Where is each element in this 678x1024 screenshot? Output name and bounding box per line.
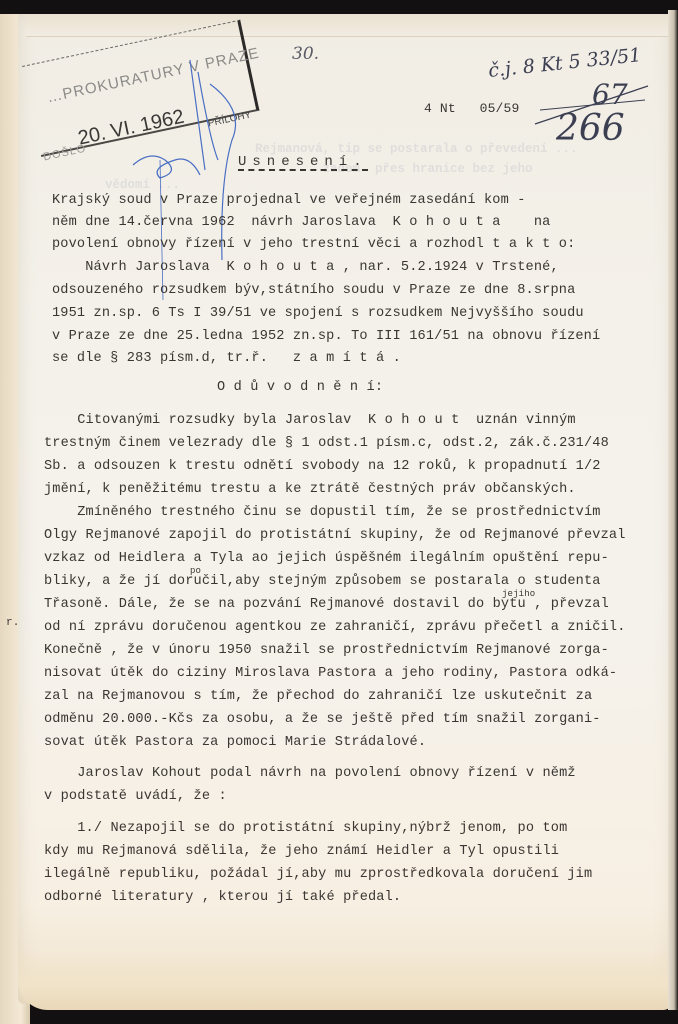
text-line: něm dne 14.června 1962 návrh Jaroslava K… [52, 216, 550, 230]
text-line: odsouzeného rozsudkem býv,státního soudu… [52, 284, 575, 298]
text-line: od ní zprávu doručenou agentkou ze zahra… [44, 621, 626, 635]
text-line: Jaroslav Kohout podal návrh na povolení … [44, 767, 576, 781]
text-line: zal na Rejmanovou s tím, že přechod do z… [44, 690, 592, 704]
margin-note: r. [6, 618, 20, 629]
text-line: vzkaz od Heidlera a Tyla ao jejich úspěš… [44, 552, 609, 566]
text-line: 1951 zn.sp. 6 Ts I 39/51 ve spojení s ro… [52, 307, 584, 321]
text-line: v podstatě uvádí, že : [44, 790, 227, 804]
text-line: Návrh Jaroslava K o h o u t a , nar. 5.2… [52, 261, 559, 275]
text-line: Citovanými rozsudky byla Jaroslav K o h … [44, 414, 576, 428]
blue-pen-mark-icon [190, 60, 218, 170]
text-line: kdy mu Rejmanová sdělila, že jeho známí … [44, 845, 559, 859]
text-line: Krajský soud v Praze projednal ve veřejn… [52, 194, 526, 208]
text-line: v Praze ze dne 25.ledna 1952 zn.sp. To I… [52, 330, 600, 344]
text-line: Zmíněného trestného činu se dopustil tím… [44, 506, 601, 520]
signature-icon [133, 156, 200, 178]
text-line: ilegálně republiku, požádal jí,aby mu zp… [44, 868, 592, 882]
text-line: Konečně , že v únoru 1950 snažil se pros… [44, 644, 609, 658]
document-heading: Usnesení. [238, 155, 368, 171]
text-line: 1./ Nezapojil se do protistátní skupiny,… [44, 822, 567, 836]
reasoning-heading: O d ů v o d n ě n í: [217, 381, 383, 395]
text-line: Třasoně. Dále, že se na pozvání Rejmanov… [44, 598, 609, 612]
text-line: Olgy Rejmanové zapojil do protistátní sk… [44, 529, 626, 543]
verdict-line: se dle § 283 písm.d, tr.ř. z a m í t á . [52, 352, 401, 366]
text-line: odměnu 20.000.-Kčs za osobu, a že se ješ… [44, 713, 601, 727]
text-line: odborné literatury , kterou jí také před… [44, 891, 401, 905]
text-line: bliky, a že jí doručil,aby stejným způso… [44, 575, 601, 589]
text-line: sovat útěk Pastora za pomoci Marie Strád… [44, 736, 426, 750]
text-line: nisovat útěk do ciziny Miroslava Pastora… [44, 667, 617, 681]
text-line: Sb. a odsouzen k trestu odnětí svobody n… [44, 460, 601, 474]
text-line: jmění, k peněžitému trestu a ke ztrátě č… [44, 483, 576, 497]
text-line: povolení obnovy řízení v jeho trestní vě… [52, 238, 575, 252]
text-line: trestným činem velezrady dle § 1 odst.1 … [44, 437, 609, 451]
